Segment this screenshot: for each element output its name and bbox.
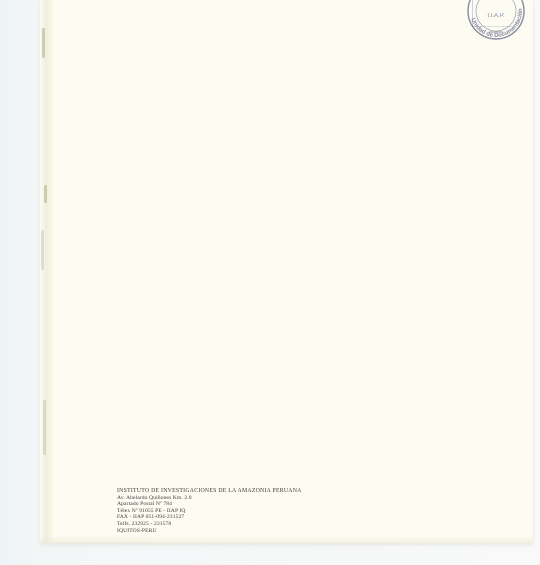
- organization-name: INSTITUTO DE INVESTIGACIONES DE LA AMAZO…: [117, 488, 302, 495]
- fax: FAX - IIAP 051-094-231527: [117, 514, 302, 521]
- torn-mark: [41, 230, 44, 270]
- document-page: Unidad de Documentación I.I.A.P.: [40, 0, 533, 543]
- svg-text:I.I.A.P.: I.I.A.P.: [487, 13, 505, 19]
- telex: Télex Nº 91055 PE - IIAP IQ: [117, 508, 302, 515]
- po-box: Apartado Postal Nº 784: [117, 501, 302, 508]
- torn-mark: [43, 400, 46, 455]
- letterhead-footer: INSTITUTO DE INVESTIGACIONES DE LA AMAZO…: [117, 488, 302, 534]
- torn-mark: [42, 28, 45, 58]
- paper-bottom-shadow: [40, 535, 533, 543]
- torn-left-edge: [40, 0, 54, 543]
- library-stamp: Unidad de Documentación I.I.A.P.: [461, 0, 531, 40]
- city: IQUITOS-PERU: [117, 528, 302, 535]
- address: Av. Abelardo Quiñones Km. 2.0: [117, 495, 302, 502]
- phones: Telfs. 232925 - 231578: [117, 521, 302, 528]
- stamp-seal-icon: Unidad de Documentación I.I.A.P.: [461, 0, 531, 40]
- torn-mark: [44, 185, 47, 203]
